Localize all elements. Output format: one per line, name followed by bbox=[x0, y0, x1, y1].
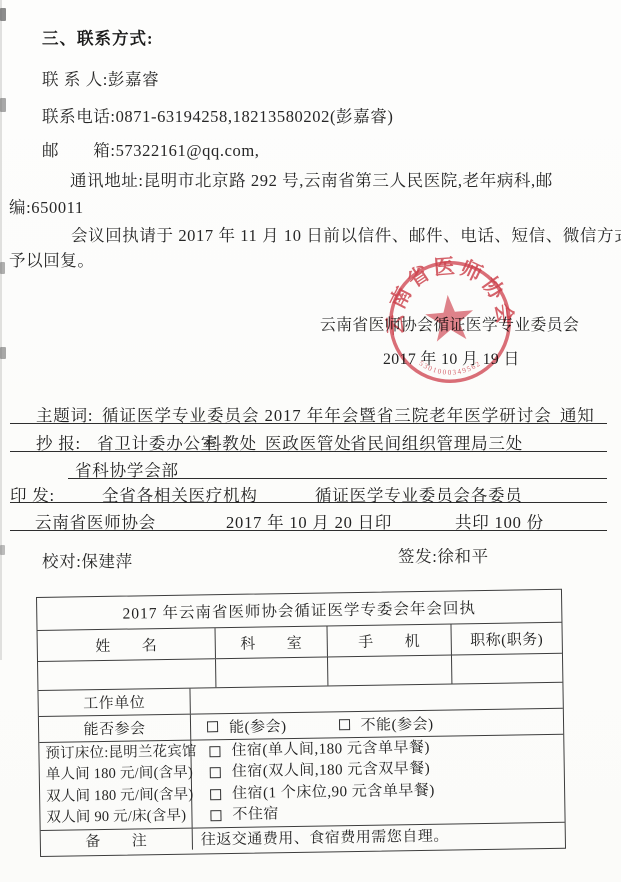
hotel-option-label: 住宿(双人间,180 元含双早餐) bbox=[232, 759, 431, 784]
hotel-option-label: 住宿(1 个床位,90 元含单早餐) bbox=[232, 780, 435, 805]
print-date: 2017 年 10 月 20 日印 bbox=[226, 509, 392, 533]
cc-item: 省民间组织管理局三处 bbox=[350, 430, 523, 454]
subject-suffix: 通知 bbox=[560, 402, 595, 426]
contact-person: 联 系 人:彭嘉睿 bbox=[42, 66, 159, 90]
official-seal: 云南省医师协会 5301000349562 bbox=[378, 250, 521, 393]
hotel-label-line: 单人间 180 元/间(含早) bbox=[46, 763, 194, 787]
scanned-notice-page: 三、联系方式: 联 系 人:彭嘉睿 联系电话:0871-63194258,182… bbox=[0, 0, 621, 882]
reply-note-line1: 会议回执请于 2017 年 11 月 10 日前以信件、邮件、电话、短信、微信方… bbox=[71, 222, 621, 246]
hotel-option-none: 不住宿 bbox=[210, 804, 279, 827]
copies-count: 共印 100 份 bbox=[455, 509, 544, 533]
cc-row: 抄 报: 省卫计委办公室 科教处 医政医管处 省民间组织管理局三处 bbox=[10, 430, 607, 452]
contact-address-line2: 编:650011 bbox=[9, 194, 84, 218]
attend-label: 能否参会 bbox=[39, 715, 191, 742]
contact-address-line1: 通讯地址:昆明市北京路 292 号,云南省第三人民医院,老年病科,邮 bbox=[70, 167, 553, 191]
hotel-single-checkbox[interactable] bbox=[209, 746, 220, 757]
cc-item: 医政医管处 bbox=[265, 430, 352, 454]
hotel-double-checkbox[interactable] bbox=[210, 767, 221, 778]
attend-option-yes: 能(参会) bbox=[207, 715, 287, 737]
subject-label: 主题词: bbox=[36, 402, 93, 426]
hotel-option-label: 不住宿 bbox=[232, 804, 279, 826]
hotel-option-bed: 住宿(1 个床位,90 元含单早餐) bbox=[210, 780, 435, 805]
attend-option-label: 能(参会) bbox=[229, 715, 287, 737]
header-department: 科 室 bbox=[216, 626, 328, 658]
signed-by: 签发:徐和平 bbox=[398, 543, 489, 567]
print-row: 印 发: 全省各相关医疗机构 循证医学专业委员会各委员 bbox=[10, 482, 607, 503]
print-label: 印 发: bbox=[10, 482, 55, 506]
header-job-title: 职称(职务) bbox=[451, 623, 561, 655]
subject-text: 循证医学专业委员会 2017 年年会暨省三院老年医学研讨会 bbox=[102, 402, 552, 426]
scan-mark bbox=[0, 8, 6, 21]
issuer-row: 云南省医师协会 2017 年 10 月 20 日印 共印 100 份 bbox=[10, 509, 607, 531]
cc-label: 抄 报: bbox=[36, 430, 81, 454]
scan-mark bbox=[0, 262, 5, 274]
seal-star-icon bbox=[424, 293, 476, 343]
cc-item: 科教处 bbox=[205, 430, 257, 454]
contact-phone: 联系电话:0871-63194258,18213580202(彭嘉睿) bbox=[42, 103, 393, 127]
proofread-by: 校对:保建萍 bbox=[42, 548, 133, 572]
fill-cell-mobile[interactable] bbox=[328, 655, 452, 685]
contact-heading: 三、联系方式: bbox=[42, 25, 154, 49]
cc-wrap-row: 省科协学会部 bbox=[68, 457, 607, 479]
reply-note-line2: 予以回复。 bbox=[9, 247, 95, 271]
attend-yes-checkbox[interactable] bbox=[207, 721, 218, 732]
scan-mark bbox=[0, 347, 6, 359]
hotel-option-label: 住宿(单人间,180 元含单早餐) bbox=[231, 737, 430, 762]
contact-email: 邮 箱:57322161@qq.com, bbox=[42, 137, 260, 161]
scan-mark bbox=[0, 545, 5, 555]
attend-option-label: 不能(参会) bbox=[360, 713, 433, 735]
fill-cell-name[interactable] bbox=[38, 659, 216, 690]
hotel-none-checkbox[interactable] bbox=[210, 810, 221, 821]
reply-form-table: 2017 年云南省医师协会循证医学专委会年会回执 姓 名 科 室 手 机 职称(… bbox=[36, 589, 566, 857]
cc-item: 省卫计委办公室 bbox=[97, 430, 218, 454]
header-name: 姓 名 bbox=[38, 628, 216, 661]
subject-row: 主题词: 循证医学专业委员会 2017 年年会暨省三院老年医学研讨会 通知 bbox=[10, 402, 607, 424]
attend-option-no: 不能(参会) bbox=[338, 713, 433, 735]
form-title: 2017 年云南省医师协会循证医学专委会年会回执 bbox=[122, 596, 476, 624]
scan-mark bbox=[0, 98, 6, 112]
issuer: 云南省医师协会 bbox=[35, 509, 156, 533]
fill-cell-job-title[interactable] bbox=[452, 654, 562, 684]
print-item: 循证医学专业委员会各委员 bbox=[315, 482, 523, 506]
print-item: 全省各相关医疗机构 bbox=[102, 482, 258, 506]
hotel-bed-checkbox[interactable] bbox=[210, 789, 221, 800]
attend-no-checkbox[interactable] bbox=[338, 719, 349, 730]
hotel-label-line: 双人间 180 元/间(含早) bbox=[46, 784, 194, 808]
fill-cell-department[interactable] bbox=[216, 657, 328, 687]
hotel-label-line: 双人间 90 元/床(含早) bbox=[46, 806, 186, 830]
remark-text: 往返交通费用、食宿费用需您自理。 bbox=[193, 823, 565, 850]
hotel-row: 预订床位:昆明兰花宾馆 单人间 180 元/间(含早) 双人间 180 元/间(… bbox=[39, 735, 564, 831]
header-mobile: 手 机 bbox=[327, 624, 451, 656]
work-unit-label: 工作单位 bbox=[38, 689, 190, 716]
remark-label: 备 注 bbox=[41, 829, 193, 852]
hotel-label-line: 预订床位:昆明兰花宾馆 bbox=[45, 741, 197, 765]
cc-item: 省科协学会部 bbox=[75, 457, 179, 481]
